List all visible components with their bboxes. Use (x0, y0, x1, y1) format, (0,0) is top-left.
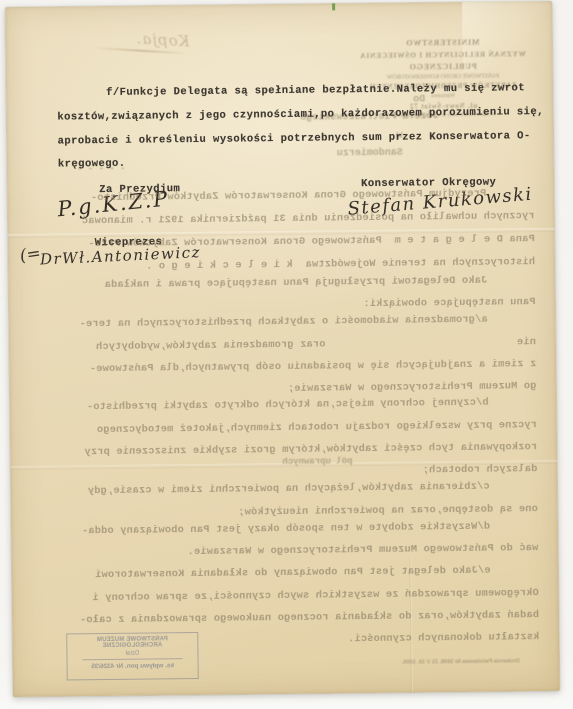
stamp-line-number: ks. wpływu pon. Nr 4326/35 (68, 662, 198, 670)
bleedthrough-museum-stamp: PAŃSTWOWE MUZEUM ARCHEOLOGICZNE Dział ks… (66, 632, 199, 680)
stamp-line-dzial: Dział (82, 650, 182, 660)
letterhead-line: PAŃSTWOWE GRONO KONSERWATORÓW (352, 73, 534, 81)
paragraph-line-4: kręgowego. (58, 153, 540, 170)
bleedthrough-line: a/gromadzenia wiadomości o zabytkach prz… (56, 313, 536, 330)
bleedthrough-line: wać do Państwowego Muzeum Prehistoryczne… (58, 542, 538, 559)
bleedthrough-line: go Muzeum Prehistorycznego w Warszawie; (56, 380, 536, 397)
bleedthrough-line: Jako Delegatowi przysługują Panu następu… (55, 274, 535, 291)
bleedthrough-kopja-note: Kopja. (89, 27, 190, 55)
bleedthrough-line: e/Jako delegat jest Pan obowiązany do sk… (58, 564, 538, 581)
wiceprezes-paraph: (= (19, 243, 43, 266)
letterhead-line: PUBLICZNEGO (352, 61, 534, 72)
archive-mark-green (332, 3, 335, 10)
kopja-text: Kopja. (135, 29, 190, 50)
bleedthrough-line: c/zbierania zabytków,leżących na powierz… (58, 480, 538, 497)
stamp-line-museum: PAŃSTWOWE MUZEUM ARCHEOLOGICZNE (67, 636, 197, 649)
bleedthrough-line: Pana D e l e g a t e m Państwowego Grona… (55, 233, 535, 250)
paper-crease-vertical (409, 558, 413, 693)
bleedthrough-printer-note: Drukarnia Państwowa Nr 5698. 21 V 19. 10… (343, 658, 520, 666)
bleedthrough-line: b/czynnej ochrony miejsc,na których odkr… (57, 396, 537, 413)
bleedthrough-line: badań zabytków,oraz do składania roczneg… (59, 609, 539, 626)
bleedthrough-line: Okręgowemu sprawozdań ze wszystkich swyc… (59, 587, 539, 604)
paragraph-line-3: aprobacie i określeniu wysokości potrzeb… (58, 130, 540, 147)
letterhead-line: MINISTERSTWO (351, 37, 533, 48)
bleedthrough-line: nie oraz gromadzenia zabytków,wydobytych (56, 336, 536, 353)
bleedthrough-line: d/Wszystkie zdobyte w ten sposób okazy j… (58, 520, 538, 537)
scan-background: Kopja. MINISTERSTWO WYZNAŃ RELIGIJNYCH I… (0, 0, 573, 709)
bleedthrough-line: ryczne przy wszelkiego rodzaju robotach … (57, 419, 537, 436)
bleedthrough-line: z ziemi a znajdujących się w posiadaniu … (56, 358, 536, 375)
bleedthrough-inserted-fragment: pól uprawnych (282, 456, 352, 467)
bleedthrough-address-do: Do (413, 94, 425, 105)
paper: Kopja. MINISTERSTWO WYZNAŃ RELIGIJNYCH I… (5, 1, 560, 697)
bleedthrough-line: Panu następujące obowiązki: (55, 296, 535, 313)
letterhead-line: WYZNAŃ RELIGIJNYCH I OŚWIECENIA (352, 49, 534, 60)
bleedthrough-line: one są dostępne,oraz na powierzchni nieu… (58, 503, 538, 520)
